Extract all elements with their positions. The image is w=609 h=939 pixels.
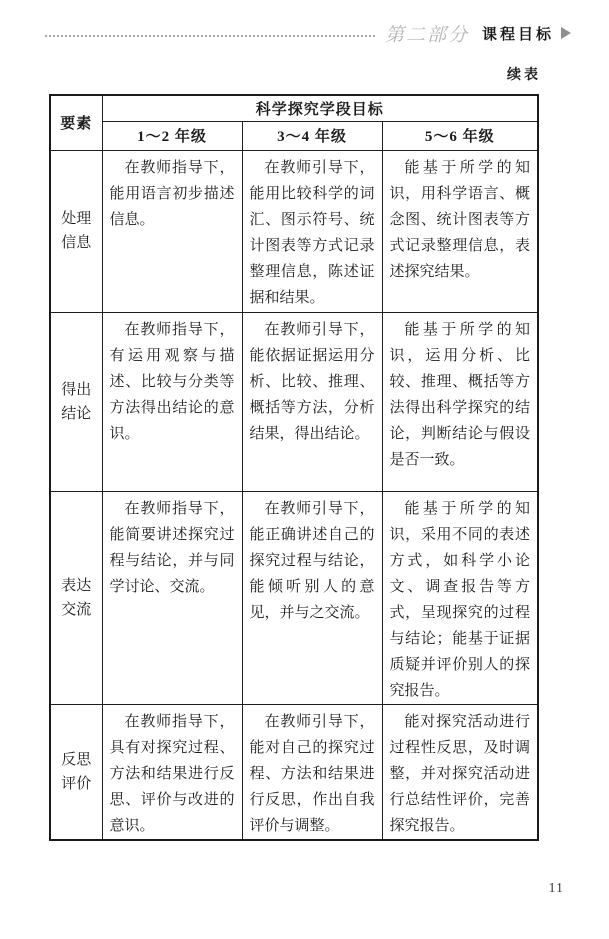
grade-header-1-2: 1～2 年级 bbox=[102, 121, 242, 150]
element-label-cell: 处理信息 bbox=[50, 150, 102, 312]
grade-header-5-6: 5～6 年级 bbox=[382, 121, 538, 150]
element-label: 处理信息 bbox=[61, 207, 91, 255]
element-label-cell: 反思评价 bbox=[50, 704, 102, 840]
running-head: 第二部分 课程目标 bbox=[45, 22, 571, 44]
objective-cell-g34: 在教师引导下，能对自己的探究过程、方法和结果进行反思，作出自我评价与调整。 bbox=[242, 704, 382, 840]
grade-header-3-4: 3～4 年级 bbox=[242, 121, 382, 150]
book-page: 第二部分 课程目标 续表 要素 科学探究学段目标 1～2 年级 3～4 年级 5… bbox=[0, 0, 609, 939]
element-label: 得出结论 bbox=[61, 378, 91, 426]
continued-table-note: 续表 bbox=[507, 64, 541, 84]
objective-cell-g34: 在教师引导下，能用比较科学的词汇、图示符号、统计图表等方式记录整理信息，陈述证据… bbox=[242, 150, 382, 312]
dotted-rule bbox=[45, 35, 375, 37]
objective-cell-g56: 能基于所学的知识，采用不同的表述方式，如科学小论文、调查报告等方式，呈现探究的过… bbox=[382, 491, 538, 704]
objective-cell-g12: 在教师指导下，能简要讲述探究过程与结论，并与同学讨论、交流。 bbox=[102, 491, 242, 704]
table-row: 反思评价 在教师指导下，具有对探究过程、方法和结果进行反思、评价与改进的意识。 … bbox=[50, 704, 538, 840]
right-triangle-icon bbox=[561, 27, 571, 39]
element-label: 表达交流 bbox=[61, 574, 91, 622]
element-label-cell: 得出结论 bbox=[50, 312, 102, 491]
element-label-cell: 表达交流 bbox=[50, 491, 102, 704]
group-header-cell: 科学探究学段目标 bbox=[102, 95, 538, 121]
corner-header-cell: 要素 bbox=[50, 95, 102, 150]
objective-cell-g34: 在教师引导下，能依据证据运用分析、比较、推理、概括等方法，分析结果，得出结论。 bbox=[242, 312, 382, 491]
objective-cell-g34: 在教师引导下，能正确讲述自己的探究过程与结论，能倾听别人的意见，并与之交流。 bbox=[242, 491, 382, 704]
objective-cell-g12: 在教师指导下，能用语言初步描述信息。 bbox=[102, 150, 242, 312]
element-label: 反思评价 bbox=[61, 748, 91, 796]
objective-cell-g56: 能基于所学的知识，用科学语言、概念图、统计图表等方式记录整理信息，表述探究结果。 bbox=[382, 150, 538, 312]
table-row: 处理信息 在教师指导下，能用语言初步描述信息。 在教师引导下，能用比较科学的词汇… bbox=[50, 150, 538, 312]
table-header-row-grades: 1～2 年级 3～4 年级 5～6 年级 bbox=[50, 121, 538, 150]
objective-cell-g56: 能基于所学的知识，运用分析、比较、推理、概括等方法得出科学探究的结论，判断结论与… bbox=[382, 312, 538, 491]
table-row: 表达交流 在教师指导下，能简要讲述探究过程与结论，并与同学讨论、交流。 在教师引… bbox=[50, 491, 538, 704]
objective-cell-g12: 在教师指导下，有运用观察与描述、比较与分类等方法得出结论的意识。 bbox=[102, 312, 242, 491]
part-label: 第二部分 bbox=[385, 20, 469, 47]
objective-cell-g12: 在教师指导下，具有对探究过程、方法和结果进行反思、评价与改进的意识。 bbox=[102, 704, 242, 840]
objective-cell-g56: 能对探究活动进行过程性反思，及时调整，并对探究活动进行总结性评价，完善探究报告。 bbox=[382, 704, 538, 840]
table-header-row-group: 要素 科学探究学段目标 bbox=[50, 95, 538, 121]
table-row: 得出结论 在教师指导下，有运用观察与描述、比较与分类等方法得出结论的意识。 在教… bbox=[50, 312, 538, 491]
chapter-title: 课程目标 bbox=[482, 23, 554, 44]
stage-goals-table: 要素 科学探究学段目标 1～2 年级 3～4 年级 5～6 年级 处理信息 在教… bbox=[49, 94, 539, 841]
page-number: 11 bbox=[549, 881, 564, 897]
